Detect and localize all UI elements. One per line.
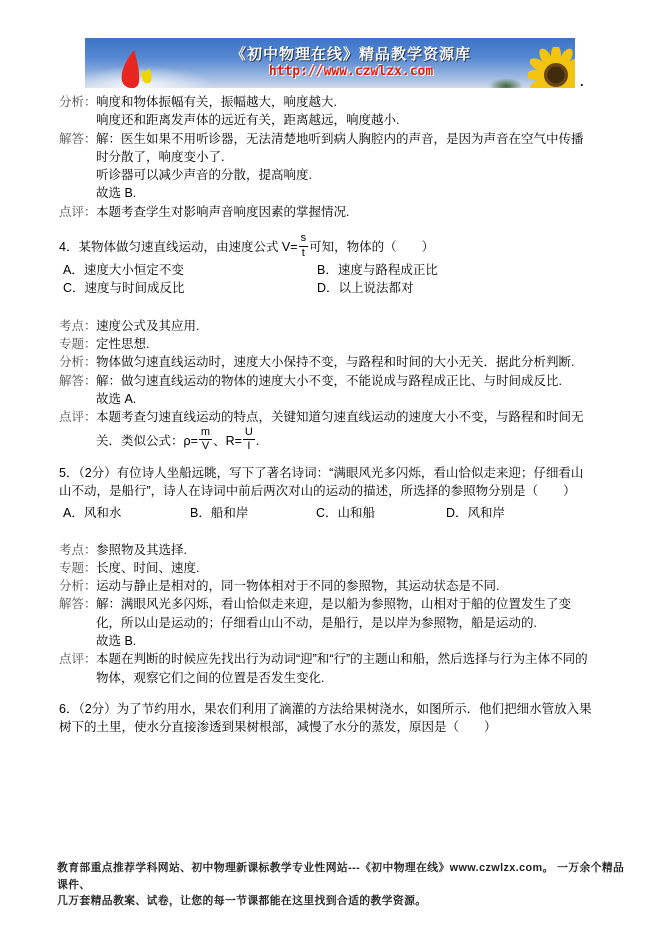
topic-label: 专题：: [59, 559, 96, 577]
answer-choice: 故选 A.: [96, 390, 592, 408]
answer-text: 解：满眼风光多闪烁，看山恰似走来迎，是以船为参照物，山相对于船的位置发生了变化，…: [96, 595, 592, 632]
answer-label: 解答：: [59, 372, 96, 409]
document-content: 分析： 响度和物体振幅有关，振幅越大，响度越大. 响度还和距离发声体的远近有关，…: [59, 90, 592, 737]
comment-before: 本题考查匀速直线运动的特点，关键知道匀速直线运动的速度大小不变，与路程和时间无关…: [96, 410, 584, 447]
topic-row: 专题： 定性思想.: [59, 335, 592, 353]
sunflower-icon: [528, 47, 575, 88]
question-6: 6．（2分）为了节约用水，果农们利用了滴灌的方法给果树浇水，如图所示．他们把细水…: [59, 700, 592, 737]
site-banner: 《初中物理在线》精品教学资源库 http://www.czwlzx.com: [85, 38, 575, 88]
fraction-denominator: I: [243, 440, 255, 453]
question-5-options: A．风和水 B．船和岸 C．山和船 D．风和岸: [59, 504, 592, 522]
comment-mid: 、R=: [213, 433, 242, 447]
analysis-text: 响度和物体振幅有关，振幅越大，响度越大.: [96, 93, 592, 111]
analysis-label: 分析：: [59, 93, 96, 130]
keypoint-label: 考点：: [59, 317, 96, 335]
option-d: D．风和岸: [446, 504, 592, 522]
topic-row: 专题： 长度、时间、速度.: [59, 559, 592, 577]
comment-label: 点评：: [59, 650, 96, 687]
analysis-text: 响度还和距离发声体的远近有关，距离越远，响度越小.: [96, 111, 592, 129]
analysis-row: 分析： 响度和物体振幅有关，振幅越大，响度越大. 响度还和距离发声体的远近有关，…: [59, 93, 592, 130]
keypoint-text: 参照物及其选择.: [96, 541, 592, 559]
analysis-row: 分析： 运动与静止是相对的，同一物体相对于不同的参照物，其运动状态是不同.: [59, 577, 592, 595]
keypoint-label: 考点：: [59, 541, 96, 559]
option-b: B．船和岸: [190, 504, 316, 522]
topic-label: 专题：: [59, 335, 96, 353]
topic-text: 长度、时间、速度.: [96, 559, 592, 577]
answer-row: 解答： 解：做匀速直线运动的物体的速度大小不变，不能说成与路程成正比、与时间成反…: [59, 372, 592, 409]
question-4-stem: 4．某物体做匀速直线运动，由速度公式 V=st可知，物体的（ ）: [59, 233, 592, 259]
answer-choice: 故选 B.: [96, 632, 592, 650]
sound-question-solution: 分析： 响度和物体振幅有关，振幅越大，响度越大. 响度还和距离发声体的远近有关，…: [59, 93, 592, 221]
answer-label: 解答：: [59, 595, 96, 650]
option-a: A．风和水: [63, 504, 190, 522]
fraction-denominator: V: [199, 440, 212, 453]
answer-text: 听诊器可以减少声音的分散，提高响度.: [96, 166, 592, 184]
answer-row: 解答： 解：医生如果不用听诊器，无法清楚地听到病人胸腔内的声音，是因为声音在空气…: [59, 130, 592, 203]
keypoint-row: 考点： 速度公式及其应用.: [59, 317, 592, 335]
flame-logo-icon: [118, 50, 158, 88]
question-6-stem: 6．（2分）为了节约用水，果农们利用了滴灌的方法给果树浇水，如图所示．他们把细水…: [59, 700, 592, 737]
answer-choice: 故选 B.: [96, 184, 592, 202]
speed-formula-fraction: st: [299, 233, 309, 259]
comment-text: 本题考查匀速直线运动的特点，关键知道匀速直线运动的速度大小不变，与路程和时间无关…: [96, 408, 592, 452]
topic-text: 定性思想.: [96, 335, 592, 353]
option-c: C．速度与时间成反比: [63, 279, 317, 297]
fraction-denominator: t: [299, 247, 309, 260]
option-c: C．山和船: [316, 504, 446, 522]
question-4-options: A．速度大小恒定不变 B．速度与路程成正比 C．速度与时间成反比 D．以上说法都…: [59, 261, 592, 298]
analysis-label: 分析：: [59, 353, 96, 371]
document-page: 《初中物理在线》精品教学资源库 http://www.czwlzx.com: [0, 0, 661, 936]
keypoint-text: 速度公式及其应用.: [96, 317, 592, 335]
comment-row: 点评： 本题考查学生对影响声音响度因素的掌握情况.: [59, 203, 592, 221]
fraction-numerator: s: [299, 233, 309, 247]
answer-text: 解：做匀速直线运动的物体的速度大小不变，不能说成与路程成正比、与时间成反比.: [96, 372, 592, 390]
question-4-solution: 考点： 速度公式及其应用. 专题： 定性思想. 分析： 物体做匀速直线运动时，速…: [59, 317, 592, 453]
fraction-numerator: U: [243, 427, 255, 441]
comment-row: 点评： 本题考查匀速直线运动的特点，关键知道匀速直线运动的速度大小不变，与路程和…: [59, 408, 592, 452]
option-d: D．以上说法都对: [317, 279, 592, 297]
question-5-solution: 考点： 参照物及其选择. 专题： 长度、时间、速度. 分析： 运动与静止是相对的…: [59, 541, 592, 687]
comment-text: 本题在判断的时候应先找出行为动词“迎”和“行”的主题山和船，然后选择与行为主体不…: [96, 650, 592, 687]
comment-row: 点评： 本题在判断的时候应先找出行为动词“迎”和“行”的主题山和船，然后选择与行…: [59, 650, 592, 687]
site-footer: 教育部重点推荐学科网站、初中物理新课标教学专业性网站---《初中物理在线》www…: [57, 860, 627, 910]
answer-row: 解答： 解：满眼风光多闪烁，看山恰似走来迎，是以船为参照物，山相对于船的位置发生…: [59, 595, 592, 650]
question-5-stem: 5．（2分）有位诗人坐船远眺，写下了著名诗词：“满眼风光多闪烁，看山恰似走来迎；…: [59, 464, 592, 501]
answer-label: 解答：: [59, 130, 96, 203]
comment-after: .: [256, 433, 259, 447]
analysis-text: 运动与静止是相对的，同一物体相对于不同的参照物，其运动状态是不同.: [96, 577, 592, 595]
footer-line: 几万套精品教案、试卷，让您的每一节课都能在这里找到合适的教学资源。: [57, 893, 627, 910]
banner-title: 《初中物理在线》精品教学资源库: [193, 43, 509, 64]
option-a: A．速度大小恒定不变: [63, 261, 317, 279]
option-b: B．速度与路程成正比: [317, 261, 592, 279]
fraction-numerator: m: [199, 427, 212, 441]
question-4: 4．某物体做匀速直线运动，由速度公式 V=st可知，物体的（ ） A．速度大小恒…: [59, 233, 592, 298]
analysis-row: 分析： 物体做匀速直线运动时，速度大小保持不变，与路程和时间的大小无关．据此分析…: [59, 353, 592, 371]
foliage-decoration: [489, 78, 523, 88]
q4-stem-after: 可知，物体的（ ）: [309, 240, 434, 254]
analysis-label: 分析：: [59, 577, 96, 595]
footer-line: 教育部重点推荐学科网站、初中物理新课标教学专业性网站---《初中物理在线》www…: [57, 860, 627, 893]
resistance-formula-fraction: UI: [243, 427, 255, 453]
density-formula-fraction: mV: [199, 427, 212, 453]
comment-text: 本题考查学生对影响声音响度因素的掌握情况.: [96, 203, 592, 221]
comment-label: 点评：: [59, 203, 96, 221]
analysis-text: 物体做匀速直线运动时，速度大小保持不变，与路程和时间的大小无关．据此分析判断.: [96, 353, 592, 371]
stray-period-mark: .: [580, 74, 584, 89]
keypoint-row: 考点： 参照物及其选择.: [59, 541, 592, 559]
comment-label: 点评：: [59, 408, 96, 452]
answer-text: 解：医生如果不用听诊器，无法清楚地听到病人胸腔内的声音，是因为声音在空气中传播时…: [96, 130, 592, 167]
banner-url: http://www.czwlzx.com: [193, 64, 509, 79]
q4-stem-before: 4．某物体做匀速直线运动，由速度公式 V=: [59, 240, 298, 254]
question-5: 5．（2分）有位诗人坐船远眺，写下了著名诗词：“满眼风光多闪烁，看山恰似走来迎；…: [59, 464, 592, 523]
